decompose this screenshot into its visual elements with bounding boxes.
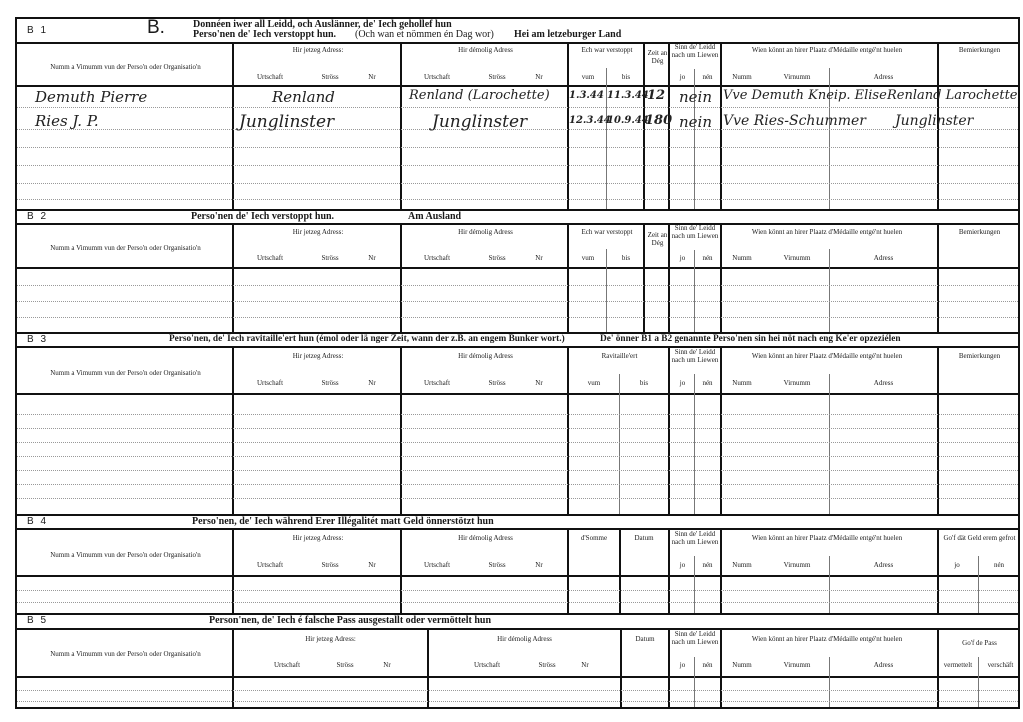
col-header-no: nén [695,73,720,81]
col-divider [668,346,670,514]
col-subdivider [978,657,979,707]
col-header-address: Adress [830,254,937,262]
col-header-name: Numm a Vimumm vun der Perso'n oder Organ… [17,244,234,252]
col-header-former-address: Hir démolig Adress [402,228,569,236]
row-medal-name: Vve Ries-Schummer [723,113,866,129]
section-title: Perso'nen, de' Iech während Erer Illégal… [192,516,494,527]
row-former-address: Junglinster [432,112,527,132]
col-divider [619,528,621,613]
col-header-nr: Nr [357,73,387,81]
col-header-street: Ströss [305,73,355,81]
col-header-days: Zeit an Dég [645,49,670,65]
row-former-address: Renland (Larochette) [409,88,550,103]
col-divider [720,223,722,332]
col-divider [567,528,569,613]
col-header-mediated: vermettelt [937,661,979,669]
col-header-current-address: Hir jetzeg Adress: [234,534,402,542]
section-b3: B 3 Perso'nen, de' Iech ravitaille'ert h… [15,334,1020,516]
header-divider [17,393,1018,395]
col-header-name: Numm a Vimumm vun der Perso'n oder Organ… [17,650,234,658]
col-header-firstname: Virnumm [772,661,822,669]
col-divider [427,628,429,707]
col-divider [400,223,402,332]
row-from: 1.3.44 [569,90,604,101]
col-header-money-returned: Go'f dät Geld erem gefrot [942,534,1017,542]
section-title-note: (Och wan et nömmen én Dag wor) [355,29,494,40]
col-header-medal: Wien könnt an hirer Plaatz d'Médaille en… [737,46,917,54]
col-header-medal: Wien könnt an hirer Plaatz d'Médaille en… [737,228,917,236]
col-header-surname: Numm [722,379,762,387]
header-divider [17,575,1018,577]
col-header-no: nén [695,561,720,569]
col-header-address: Adress [830,379,937,387]
col-subdivider [978,556,979,613]
section-code: B 5 [27,615,48,626]
section-b4-header: B 4 Perso'nen, de' Iech während Erer Ill… [17,516,1018,530]
col-subdivider [606,249,607,332]
col-divider [668,628,670,707]
col-header-to: bis [607,254,645,262]
col-header-surname: Numm [722,561,762,569]
col-subdivider [829,556,830,613]
col-header-surname: Numm [722,661,762,669]
row-medal-address: Renland Larochette [887,88,1018,103]
col-divider [567,346,569,514]
col-header-locality: Urtschaft [245,561,295,569]
col-header-locality: Urtschaft [412,73,462,81]
col-divider [232,528,234,613]
header-divider [17,267,1018,269]
col-header-current-address: Hir jetzeg Adress: [234,635,427,643]
section-code: B 1 [27,25,48,36]
row-alive: nein [679,113,712,131]
col-header-address: Adress [830,73,937,81]
col-header-nr: Nr [524,561,554,569]
col-divider [720,528,722,613]
row-name: Demuth Pierre [35,88,147,106]
col-header-locality: Urtschaft [412,561,462,569]
col-subdivider [694,657,695,707]
col-header-alive: Sinn de' Leidd nach um Liewen [670,43,720,59]
header-divider [17,676,1018,678]
section-title: Person'nen, de' Iech é falsche Pass ausg… [209,615,491,626]
col-divider [937,528,939,613]
col-header-locality: Urtschaft [457,661,517,669]
col-header-locality: Urtschaft [245,379,295,387]
col-header-medal: Wien könnt an hirer Plaatz d'Médaille en… [737,352,917,360]
col-header-nr: Nr [570,661,600,669]
col-header-remarks: Bemierkungen [937,46,1022,54]
col-divider [567,223,569,332]
col-header-nr: Nr [357,561,387,569]
col-header-alive: Sinn de' Leidd nach um Liewen [670,224,720,240]
col-header-nr: Nr [372,661,402,669]
col-header-alive: Sinn de' Leidd nach um Liewen [670,530,720,546]
row-days: 180 [645,113,672,128]
section-b3-header: B 3 Perso'nen, de' Iech ravitaille'ert h… [17,334,1018,348]
col-subdivider [829,657,830,707]
col-divider [668,223,670,332]
col-header-nr: Nr [524,379,554,387]
col-divider [937,223,939,332]
col-header-locality: Urtschaft [257,661,317,669]
col-header-name: Numm a Vimumm vun der Perso'n oder Organ… [17,551,234,559]
row-medal-name: Vve Demuth Kneip. Elise [723,88,887,103]
col-header-former-address: Hir démolig Adress [402,352,569,360]
row-days: 12 [647,88,665,103]
section-code: B 3 [27,334,48,345]
col-subdivider [694,250,695,332]
col-header-former-address: Hir démolig Adress [427,635,622,643]
section-subtitle: Hei am letzeburger Land [514,29,621,40]
row-from: 12.3.44 [569,115,611,126]
col-header-locality: Urtschaft [245,254,295,262]
col-header-remarks: Bemierkungen [937,352,1022,360]
section-b4: B 4 Perso'nen, de' Iech während Erer Ill… [15,516,1020,615]
col-header-nr: Nr [357,254,387,262]
col-header-locality: Urtschaft [245,73,295,81]
section-subtitle: De' önner B1 a B2 genannte Perso'nen sin… [600,334,901,344]
col-header-former-address: Hir démolig Adress [402,534,569,542]
col-divider [232,223,234,332]
section-title-line2: Perso'nen de' Iech verstoppt hun. [193,29,336,40]
col-header-street: Ströss [320,661,370,669]
col-header-date: Datum [622,635,668,643]
col-header-address: Adress [830,561,937,569]
section-b1-header: B 1 B. Donnéen iwer all Leidd, och Auslä… [17,19,1018,44]
col-subdivider [694,556,695,613]
col-divider [643,223,645,332]
col-header-procured: verschäft [979,661,1022,669]
col-header-former-address: Hir démolig Adress [402,46,569,54]
col-header-surname: Numm [722,254,762,262]
col-header-from: vum [569,379,619,387]
row-medal-address: Junglinster [895,113,973,129]
col-header-yes: jo [670,73,695,81]
col-header-current-address: Hir jetzeg Adress: [234,46,402,54]
section-subtitle: Am Ausland [408,211,461,222]
col-header-nr: Nr [524,254,554,262]
col-header-street: Ströss [305,379,355,387]
col-header-hidden: Ech war verstoppt [569,228,645,236]
col-header-yes: jo [670,561,695,569]
col-header-no: nén [695,379,720,387]
col-header-medal: Wien könnt an hirer Plaatz d'Médaille en… [737,534,917,542]
col-header-no: nén [979,561,1019,569]
col-header-street: Ströss [522,661,572,669]
section-code: B 2 [27,211,48,222]
col-divider [232,628,234,707]
section-title: Perso'nen de' Iech verstoppt hun. [191,211,334,222]
col-subdivider [694,374,695,514]
col-header-firstname: Virnumm [772,254,822,262]
col-header-firstname: Virnumm [772,561,822,569]
col-divider [720,628,722,707]
col-header-yes: jo [670,661,695,669]
col-header-street: Ströss [472,254,522,262]
row-current-address: Junglinster [239,112,334,132]
section-b2-header: B 2 Perso'nen de' Iech verstoppt hun. Am… [17,211,1018,225]
row-alive: nein [679,88,712,106]
col-header-supplied: Ravitaille'ert [569,352,670,360]
col-divider [720,346,722,514]
col-header-street: Ströss [305,254,355,262]
col-header-alive: Sinn de' Leidd nach um Liewen [670,630,720,646]
col-header-yes: jo [670,379,695,387]
col-header-nr: Nr [524,73,554,81]
row-name: Ries J. P. [35,112,99,130]
form-letter: B. [147,17,165,39]
col-header-street: Ströss [472,561,522,569]
col-header-remarks: Bemierkungen [937,228,1022,236]
col-divider [668,528,670,613]
col-header-current-address: Hir jetzeg Adress: [234,352,402,360]
col-header-locality: Urtschaft [412,379,462,387]
col-header-date: Datum [619,534,669,542]
col-header-name: Numm a Vimumm vun der Perso'n oder Organ… [17,63,234,71]
col-header-firstname: Virnumm [772,379,822,387]
row-to: 10.9.44 [607,115,649,126]
col-subdivider [829,374,830,514]
col-divider [620,628,622,707]
col-divider [937,628,939,707]
col-header-street: Ströss [472,379,522,387]
col-header-medal: Wien könnt an hirer Plaatz d'Médaille en… [737,635,917,643]
col-header-yes: jo [937,561,977,569]
col-header-to: bis [607,73,645,81]
col-header-street: Ströss [472,73,522,81]
col-divider [232,346,234,514]
col-header-days: Zeit an Dég [645,231,670,247]
section-title: Perso'nen, de' Iech ravitaille'ert hun (… [169,334,565,344]
row-current-address: Renland [272,88,335,106]
col-header-street: Ströss [305,561,355,569]
col-header-nr: Nr [357,379,387,387]
col-header-no: nén [695,661,720,669]
col-header-alive: Sinn de' Leidd nach um Liewen [670,348,720,364]
col-divider [937,346,939,514]
row-to: 11.3.44 [607,90,649,101]
col-header-firstname: Virnumm [772,73,822,81]
section-b1: B 1 B. Donnéen iwer all Leidd, och Auslä… [15,17,1020,211]
section-b2: B 2 Perso'nen de' Iech verstoppt hun. Am… [15,211,1020,334]
col-header-pass: Go'f de Pass [937,639,1022,647]
col-header-no: nén [695,254,720,262]
col-header-hidden: Ech war verstoppt [569,46,645,54]
col-header-locality: Urtschaft [412,254,462,262]
col-header-to: bis [619,379,669,387]
col-header-sum: d'Somme [569,534,619,542]
col-header-current-address: Hir jetzeg Adress: [234,228,402,236]
col-subdivider [829,249,830,332]
col-header-surname: Numm [722,73,762,81]
section-b5: B 5 Person'nen, de' Iech é falsche Pass … [15,615,1020,709]
section-code: B 4 [27,516,48,527]
col-header-address: Adress [830,661,937,669]
header-divider [17,85,1018,87]
col-divider [400,528,402,613]
col-subdivider [619,374,620,514]
col-divider [400,346,402,514]
col-header-yes: jo [670,254,695,262]
col-header-name: Numm a Vimumm vun der Perso'n oder Organ… [17,369,234,377]
col-header-from: vum [569,254,607,262]
section-b5-header: B 5 Person'nen, de' Iech é falsche Pass … [17,615,1018,630]
col-header-from: vum [569,73,607,81]
